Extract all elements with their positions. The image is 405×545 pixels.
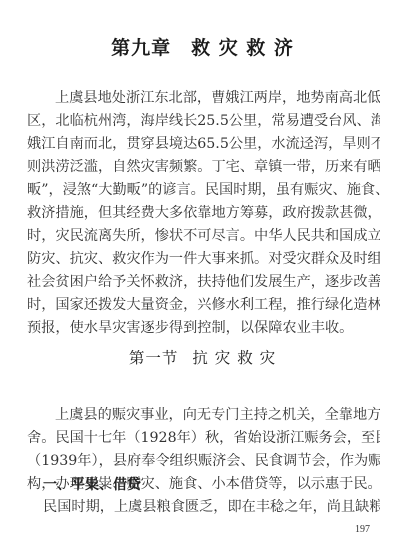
- chapter-title: 第九章救 灾 救 济: [0, 33, 405, 60]
- text-line: 畈”，浸煞“大勤畈”的谚言。民国时期，虽有赈灾、施食、平粜等: [27, 179, 380, 202]
- section-title: 第一节抗 灾 救 灾: [0, 346, 405, 368]
- text-line: 区，北临杭州湾，海岸线长25.5公里，常易遭受台风、海潮侵袭；曹: [27, 110, 380, 133]
- text-line: 时，国家还拨发大量资金，兴修水利工程，推行绿化造林，建立气象: [27, 294, 380, 317]
- subheading: 一、平粜、借贷: [43, 474, 141, 497]
- text-line: 上虞县的赈灾事业，向无专门主持之机关，全靠地方社会团体施: [27, 404, 380, 427]
- text-line: 则洪涝泛滥，自然灾害频繁。丁宅、章镇一带，历来有晒煞“十千: [27, 156, 380, 179]
- text-line: 防灾、抗灾、救灾作为一件大事来抓。对受灾群众及时组织抢救；对: [27, 248, 380, 271]
- intro-paragraph: 上虞县地处浙江东北部，曹娥江两岸，地势南高北低，南部为山 区，北临杭州湾，海岸线…: [27, 87, 380, 340]
- page-number: 197: [355, 524, 370, 535]
- chapter-number: 第九章: [111, 37, 171, 59]
- text-line: 时，灾民流离失所，惨状不可尽言。中华人民共和国成立后，政府把: [27, 225, 380, 248]
- text-line: 舍。民国十七年（1928年）秋，省始设浙江赈务会，至民国二十八年: [27, 427, 380, 450]
- text-line: 上虞县地处浙江东北部，曹娥江两岸，地势南高北低，南部为山: [27, 87, 380, 110]
- text-line: 社会贫困户给予关怀救济，扶持他们发展生产，逐步改善生活。同: [27, 271, 380, 294]
- text-line: 预报，使水旱灾害逐步得到控制，以保障农业丰收。: [27, 317, 380, 340]
- document-page: 第九章救 灾 救 济 上虞县地处浙江东北部，曹娥江两岸，地势南高北低，南部为山 …: [0, 0, 405, 545]
- text-line: 救济措施，但其经费大多依靠地方筹募，政府拨款甚微，且救援不及: [27, 202, 380, 225]
- section-name: 抗 灾 救 灾: [192, 349, 276, 367]
- text-line: （1939年），县府奉令组织赈济会、民食调节会，作为赈灾救济机: [27, 450, 380, 473]
- text-line: 民国时期，上虞县粮食匮乏，即在丰稔之年，尚且缺粮两、三个: [27, 496, 380, 519]
- section-number: 第一节: [129, 349, 179, 367]
- subsection-paragraph: 民国时期，上虞县粮食匮乏，即在丰稔之年，尚且缺粮两、三个: [27, 496, 380, 519]
- chapter-name: 救 灾 救 济: [191, 37, 294, 59]
- text-line: 娥江自南而北，贯穿县境达65.5公里，水流迳泻，旱则不能蓄水，雨: [27, 133, 380, 156]
